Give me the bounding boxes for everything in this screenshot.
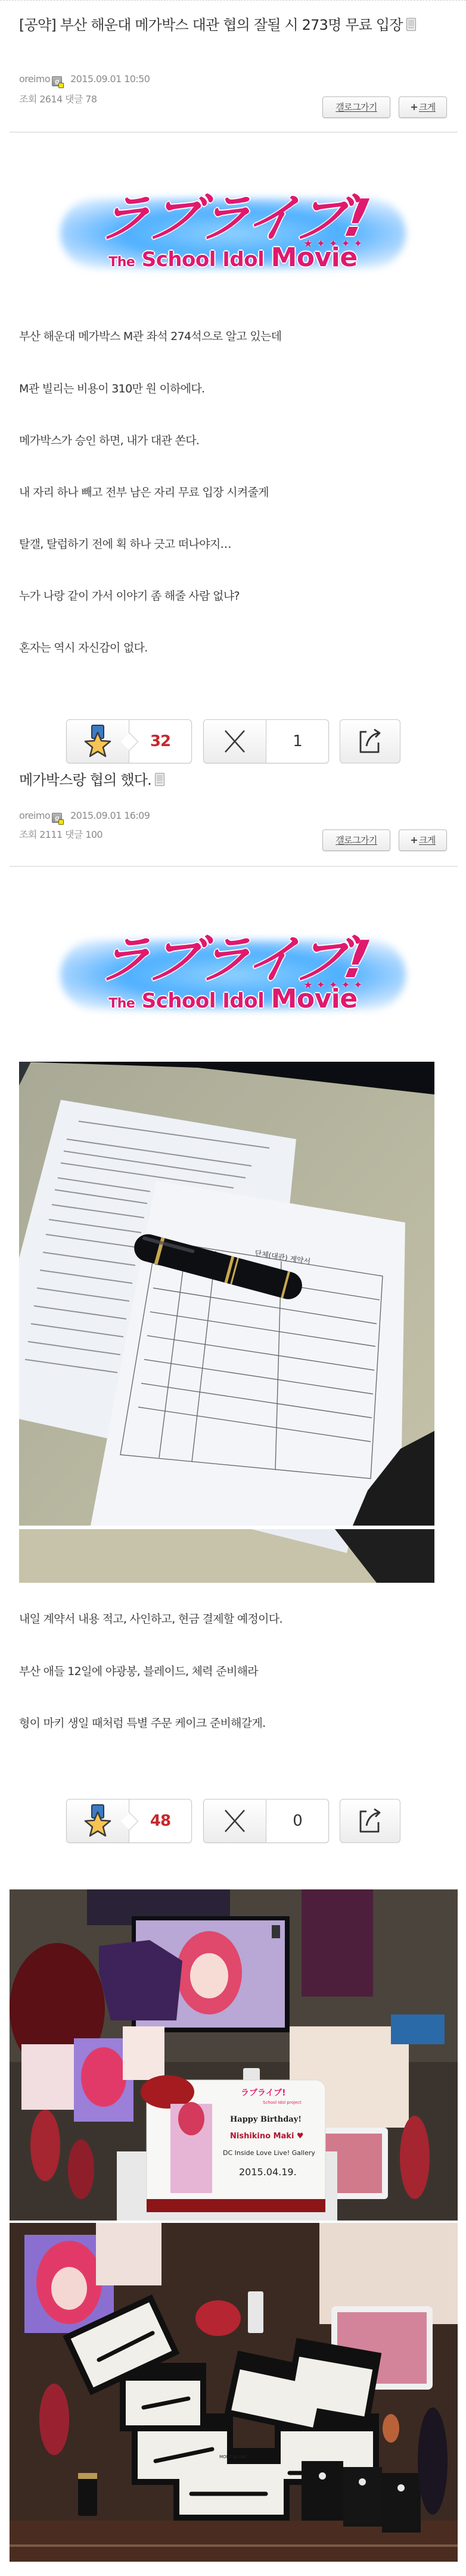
post-paragraph: 내일 계약서 내용 적고, 사인하고, 현금 결제할 예정이다.	[19, 1611, 282, 1627]
post-title: [공약] 부산 해운대 메가박스 대관 협의 잘될 시 273명 무료 입장	[19, 13, 436, 38]
svg-text:2015.04.19.: 2015.04.19.	[239, 2166, 297, 2178]
svg-text:MONT BLANC: MONT BLANC	[219, 2455, 247, 2459]
plus-icon: +	[410, 101, 418, 113]
x-icon	[222, 727, 248, 756]
star-medal-icon	[82, 724, 114, 759]
post-title-text: [공약] 부산 해운대 메가박스 대관 협의 잘될 시 273명 무료 입장	[19, 17, 403, 33]
comments-count: 78	[85, 93, 97, 105]
post-author-line: oreimog2015.09.01 10:50	[19, 73, 150, 86]
post-paragraph: 메가박스가 승인 하면, 내가 대관 쏜다.	[19, 433, 199, 448]
gallog-button[interactable]: 갤로그가기	[322, 96, 390, 118]
share-icon	[357, 1807, 383, 1835]
post-datetime: 2015.09.01 10:50	[70, 73, 150, 85]
recommend-bar: 48 0	[0, 1799, 466, 1848]
post-paragraph: 부산 애들 12일에 야광봉, 블레이드, 체력 준비해라	[19, 1664, 258, 1679]
enlarge-button[interactable]: +크게	[399, 829, 447, 851]
post-paragraph: 내 자리 하나 빼고 전부 남은 자리 무료 입장 시켜줄게	[19, 485, 269, 500]
lovelive-movie-logo: ラブライブ! ★ ✦ ✦ ✦ ✦ The School Idol Movie	[0, 179, 466, 286]
post-paragraph: M관 빌리는 비용이 310만 원 이하에다.	[19, 381, 204, 397]
views-count: 2111	[39, 829, 62, 840]
enlarge-button-label: 크게	[419, 835, 436, 846]
contract-photo-lower[interactable]	[19, 1529, 434, 1583]
recommend-button[interactable]: 32	[66, 719, 192, 763]
views-label: 조회	[19, 829, 37, 840]
logo-japanese-title: ラブライブ!	[36, 931, 430, 988]
views-count: 2614	[39, 93, 62, 105]
post-title-text: 메가박스랑 협의 했다.	[19, 772, 151, 788]
member-level-icon: g	[52, 813, 62, 823]
comments-count: 100	[85, 829, 102, 840]
post-header-divider	[10, 866, 458, 867]
enlarge-button[interactable]: +크게	[399, 96, 447, 118]
svg-text:Nishikino Maki ♥: Nishikino Maki ♥	[230, 2132, 304, 2141]
contract-photo[interactable]: 단체(대관) 계약서	[19, 1062, 434, 1526]
svg-text:DC Inside Love Live! Gallery: DC Inside Love Live! Gallery	[223, 2149, 315, 2157]
comments-label: 댓글	[65, 93, 83, 105]
gallog-button[interactable]: 갤로그가기	[322, 829, 390, 851]
enlarge-button-label: 크게	[419, 102, 436, 113]
comments-label: 댓글	[65, 829, 83, 840]
top-dashed-border	[0, 0, 466, 1]
post-title: 메가박스랑 협의 했다.	[19, 768, 436, 793]
x-icon	[222, 1807, 248, 1835]
post-paragraph: 부산 해운대 메가박스 M관 좌석 274석으로 알고 있는데	[19, 329, 281, 344]
lovelive-movie-logo: ラブライブ! ★ ✦ ✦ ✦ ✦ The School Idol Movie	[0, 920, 466, 1027]
share-button[interactable]	[340, 1799, 400, 1843]
recommend-button[interactable]: 48	[66, 1799, 192, 1843]
post-author-line: oreimog2015.09.01 16:09	[19, 809, 150, 823]
montblanc-pens-photo[interactable]: MONT BLANC	[10, 2223, 458, 2562]
logo-japanese-title: ラブライブ!	[36, 190, 430, 247]
gallog-button-label: 갤로그가기	[335, 835, 377, 846]
svg-text:Happy Birthday!: Happy Birthday!	[230, 2115, 302, 2124]
nonrecommend-button[interactable]: 0	[203, 1799, 329, 1843]
birthday-cake-photo[interactable]: ラブライブ! School Idol project Happy Birthda…	[10, 1889, 458, 2221]
share-icon	[357, 727, 383, 756]
post-stats-line: 조회 2111 댓글 100	[19, 828, 102, 841]
nonrecommend-count: 0	[266, 1800, 328, 1842]
logo-english-title: The School Idol Movie	[42, 246, 424, 275]
gallog-button-label: 갤로그가기	[335, 102, 377, 113]
star-medal-icon	[82, 1804, 114, 1838]
author-name[interactable]: oreimo	[19, 810, 50, 821]
post-paragraph: 누가 나랑 같이 가서 이야기 좀 해줄 사람 없냐?	[19, 588, 240, 604]
nonrecommend-button[interactable]: 1	[203, 719, 329, 763]
share-button[interactable]	[340, 719, 400, 763]
author-name[interactable]: oreimo	[19, 73, 50, 85]
views-label: 조회	[19, 93, 37, 105]
mobile-post-icon	[406, 18, 416, 31]
post-stats-line: 조회 2614 댓글 78	[19, 93, 97, 106]
member-level-icon: g	[52, 76, 62, 86]
recommend-bar: 32 1	[0, 719, 466, 768]
svg-text:School Idol project: School Idol project	[263, 2100, 302, 2105]
post-header-divider	[10, 132, 458, 133]
svg-text:ラブライブ!: ラブライブ!	[241, 2088, 286, 2098]
logo-english-title: The School Idol Movie	[42, 987, 424, 1016]
mobile-post-icon	[155, 773, 164, 786]
post-paragraph: 탈갤, 탈럽하기 전에 획 하나 긋고 떠나야지…	[19, 537, 231, 552]
nonrecommend-count: 1	[266, 720, 328, 763]
plus-icon: +	[410, 834, 418, 846]
post-datetime: 2015.09.01 16:09	[70, 810, 150, 821]
post-paragraph: 혼자는 역시 자신감이 없다.	[19, 640, 148, 656]
post-paragraph: 형이 마키 생일 때처럼 특별 주문 케이크 준비해갈게.	[19, 1716, 265, 1731]
